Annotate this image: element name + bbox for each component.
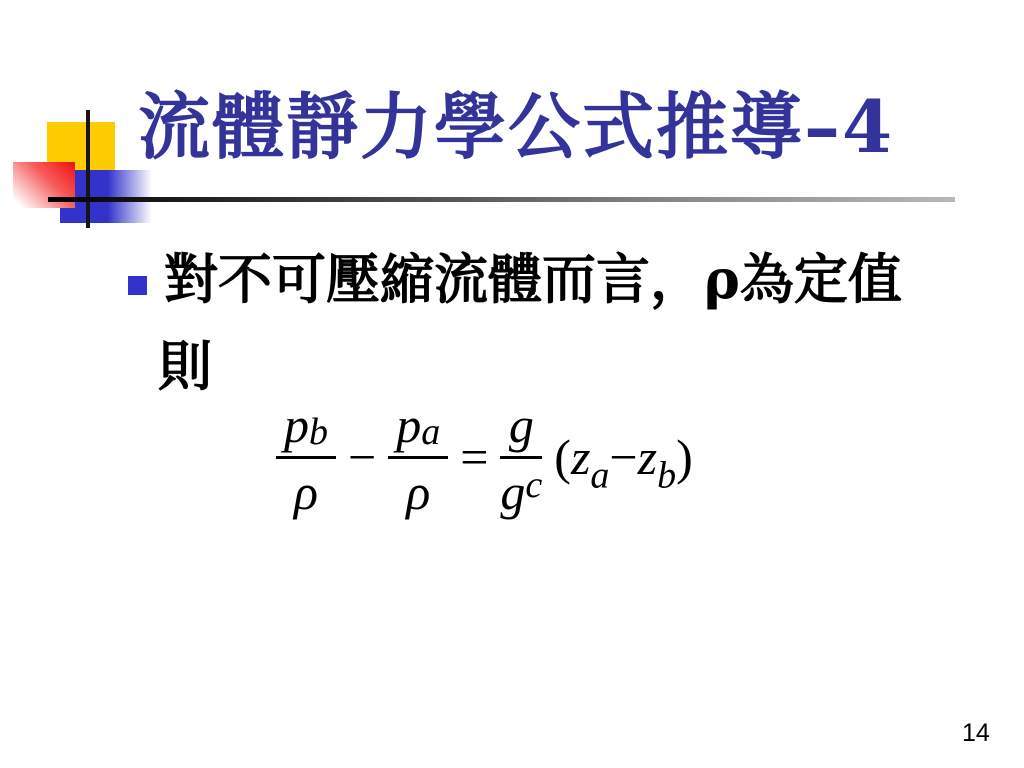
open-paren: (	[554, 429, 571, 485]
var-p: p	[284, 396, 309, 454]
fraction-pb-numerator: pb	[276, 390, 336, 456]
fraction-pa-denominator: ρ	[406, 459, 430, 523]
slide: 流體靜力學公式推導–4 對不可壓縮流體而言，ρ為定值 則 pb ρ − pa ρ…	[0, 0, 1024, 768]
var-p: p	[396, 396, 421, 454]
decor-vertical-line	[86, 110, 90, 228]
equals-sign: =	[460, 432, 488, 482]
var-g: g	[500, 463, 525, 521]
fraction-pb-denominator: ρ	[294, 459, 318, 523]
var-rho: ρ	[406, 463, 430, 521]
sub-a: a	[590, 454, 609, 496]
sub-b: b	[309, 410, 328, 454]
page-title: 流體靜力學公式推導–4	[138, 86, 998, 169]
sub-b: b	[657, 454, 676, 496]
sub-a: a	[421, 410, 440, 454]
sub-c: c	[525, 463, 542, 507]
parenthesized-term: (za−zb)	[554, 428, 692, 497]
title-underline-rule	[48, 197, 955, 202]
fraction-pa-numerator: pa	[388, 390, 448, 456]
var-z: z	[571, 429, 590, 485]
fraction-gc-denominator: gc	[500, 459, 542, 523]
minus-operator: −	[609, 429, 637, 485]
page-number: 14	[962, 719, 990, 748]
fraction-g-numerator: g	[501, 390, 542, 456]
var-z: z	[638, 429, 657, 485]
var-g: g	[509, 396, 534, 454]
body-text-line-1: 對不可壓縮流體而言，ρ為定值	[164, 246, 902, 314]
fraction-pa-over-rho: pa ρ	[388, 390, 448, 523]
equation: pb ρ − pa ρ = g gc (za−zb)	[276, 390, 693, 523]
fraction-g-over-gc: g gc	[500, 390, 542, 523]
close-paren: )	[676, 429, 693, 485]
minus-operator: −	[348, 432, 376, 482]
bullet-square-marker	[128, 276, 147, 295]
var-rho: ρ	[294, 463, 318, 521]
fraction-pb-over-rho: pb ρ	[276, 390, 336, 523]
body-text-line-2: 則	[158, 333, 212, 401]
